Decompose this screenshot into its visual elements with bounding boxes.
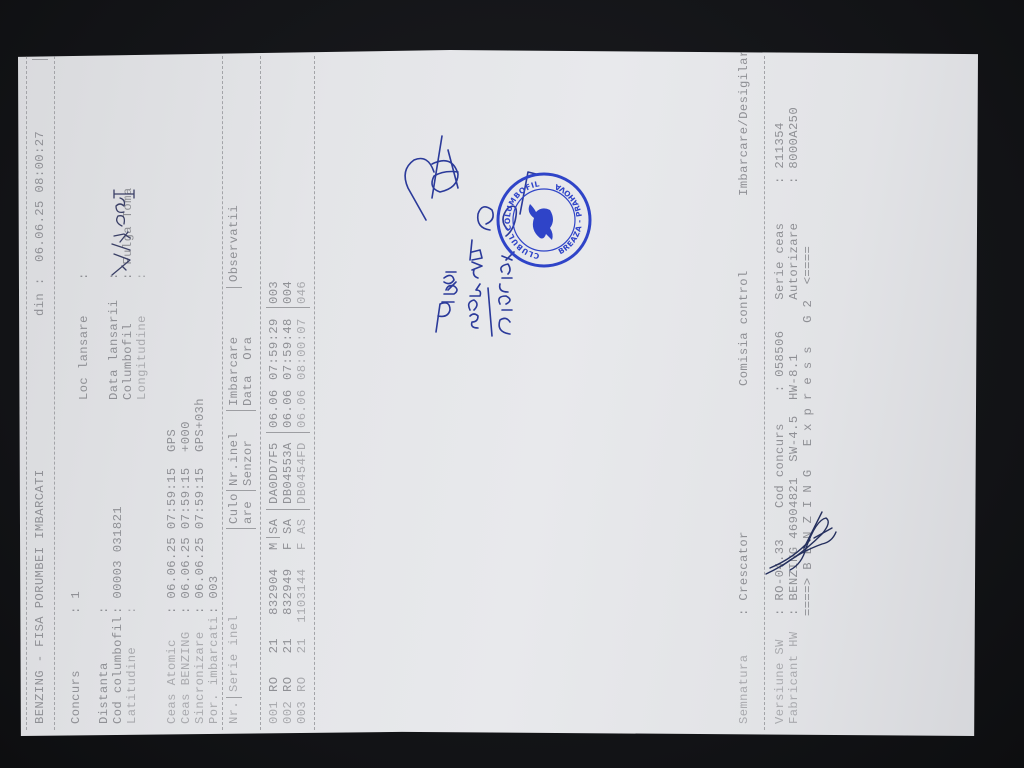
- document-title: BENZING - FISA PORUMBEI IMBARCATI: [34, 469, 48, 724]
- col-header-data-ora: Data Ora: [242, 337, 256, 406]
- signature-imbarcare: Imbarcare/Desigilare: [738, 42, 752, 196]
- field-columbofil-value: : Fulga Toma: [122, 187, 136, 280]
- field-cod-label: Cod columbofil: [112, 616, 126, 724]
- row-nr: 002: [282, 701, 296, 724]
- row-data: 06.06: [296, 389, 310, 428]
- row-index: 004: [282, 281, 296, 304]
- row-ora: 08:00:07: [296, 318, 310, 380]
- print-area: BENZING - FISA PORUMBEI IMBARCATI din : …: [18, 50, 978, 736]
- col-header-observatii: Observatii: [228, 205, 242, 282]
- signature-comisia: Comisia control: [738, 270, 752, 386]
- clock-sync-value: : 06.06.25 07:59:15 GPS+03h: [194, 398, 208, 614]
- footer-hw-value: : BENZING 46904821 SW-4.5 HW-8.1 Autoriz…: [788, 107, 802, 616]
- dashed-rule: [26, 56, 27, 730]
- header-bar: [32, 59, 48, 60]
- field-latitudine-label: Latitudine: [126, 647, 140, 724]
- table-top-rule: [222, 56, 223, 730]
- date-label: din :: [34, 277, 48, 316]
- signature-label: Semnatura: [738, 655, 752, 724]
- print-datetime: 06.06.25 08:00:27: [34, 131, 48, 262]
- col-divider: [226, 697, 242, 698]
- footer-brand-line: ====> B E N Z I N G E x p r e s s G 2 <=…: [802, 246, 816, 616]
- col-divider: [266, 307, 310, 308]
- footer-rule: [764, 56, 765, 730]
- row-ora: 07:59:29: [268, 318, 282, 380]
- row-data: 06.06: [268, 389, 282, 428]
- col-header-culoare-2: are: [242, 501, 256, 524]
- row-senzor: DB0454FD: [296, 442, 310, 504]
- field-latitudine-value: :: [126, 606, 140, 614]
- row-sex: M: [268, 542, 282, 550]
- field-data-lansarii-value: :: [108, 272, 122, 280]
- field-distanta-label: Distanta: [98, 662, 112, 724]
- field-loc-value: :: [78, 272, 92, 280]
- footer-sw-label: Versiune SW: [774, 639, 788, 724]
- col-header-inel: Nr.inel: [228, 432, 242, 486]
- table-header-rule: [260, 56, 261, 730]
- row-senzor: DA0DD7F5: [268, 442, 282, 504]
- field-longitudine-label: Longitudine: [136, 315, 150, 400]
- col-divider: [266, 432, 310, 433]
- row-sex: F: [282, 542, 296, 550]
- row-index: 046: [296, 281, 310, 304]
- clock-benzing-value: : 06.06.25 07:59:15 +000: [180, 421, 194, 614]
- field-concurs-label: Concurs: [70, 670, 84, 724]
- field-distanta-value: :: [98, 606, 112, 614]
- row-serie: RO 21 832949: [282, 569, 296, 692]
- col-divider: [266, 537, 280, 538]
- col-divider: [226, 287, 242, 288]
- clock-atomic-value: : 06.06.25 07:59:15 GPS: [166, 429, 180, 614]
- row-culoare: SA: [268, 519, 282, 534]
- field-loc-label: Loc lansare: [78, 315, 92, 400]
- field-cod-value: : 00003 031821: [112, 506, 126, 614]
- row-nr: 001: [268, 701, 282, 724]
- table-bottom-rule: [314, 56, 315, 730]
- row-nr: 003: [296, 701, 310, 724]
- row-sex: F: [296, 542, 310, 550]
- col-divider: [266, 509, 310, 510]
- document-sheet: BENZING - FISA PORUMBEI IMBARCATI din : …: [18, 50, 978, 736]
- col-header-serie: Serie inel: [228, 615, 242, 692]
- row-data: 06.06: [282, 389, 296, 428]
- clock-sync-label: Sincronizare: [194, 631, 208, 724]
- row-serie: RO 21 832904: [268, 569, 282, 692]
- row-senzor: DB04553A: [282, 442, 296, 504]
- pigeons-count-label: Por. imbarcati: [208, 616, 222, 724]
- col-divider: [226, 410, 256, 411]
- field-data-lansarii-label: Data lansarii: [108, 300, 122, 400]
- col-divider: [226, 528, 256, 529]
- clock-atomic-label: Ceas Atomic: [166, 639, 180, 724]
- row-ora: 07:59:48: [282, 318, 296, 380]
- col-divider: [226, 490, 256, 491]
- footer-hw-label: Fabricant HW: [788, 631, 802, 724]
- dashed-rule: [54, 56, 55, 730]
- col-header-nr: Nr.: [228, 701, 242, 724]
- field-longitudine-value: :: [136, 272, 150, 280]
- clock-benzing-label: Ceas BENZING: [180, 631, 194, 724]
- footer-sw-value: : RO-04.33 Cod concurs : 058506 Serie ce…: [774, 122, 788, 616]
- field-concurs-value: : 1: [70, 591, 84, 614]
- col-header-culoare: Culo: [228, 493, 242, 524]
- row-serie: RO 21 1103144: [296, 569, 310, 692]
- row-culoare: AS: [296, 519, 310, 534]
- signature-crescator: : Crescator: [738, 531, 752, 616]
- col-header-imbarcare: Imbarcare: [228, 337, 242, 406]
- pigeons-count-value: : 003: [208, 575, 222, 614]
- row-index: 003: [268, 281, 282, 304]
- col-header-senzor: Senzor: [242, 440, 256, 486]
- field-columbofil-label: Columbofil: [122, 323, 136, 400]
- row-culoare: SA: [282, 519, 296, 534]
